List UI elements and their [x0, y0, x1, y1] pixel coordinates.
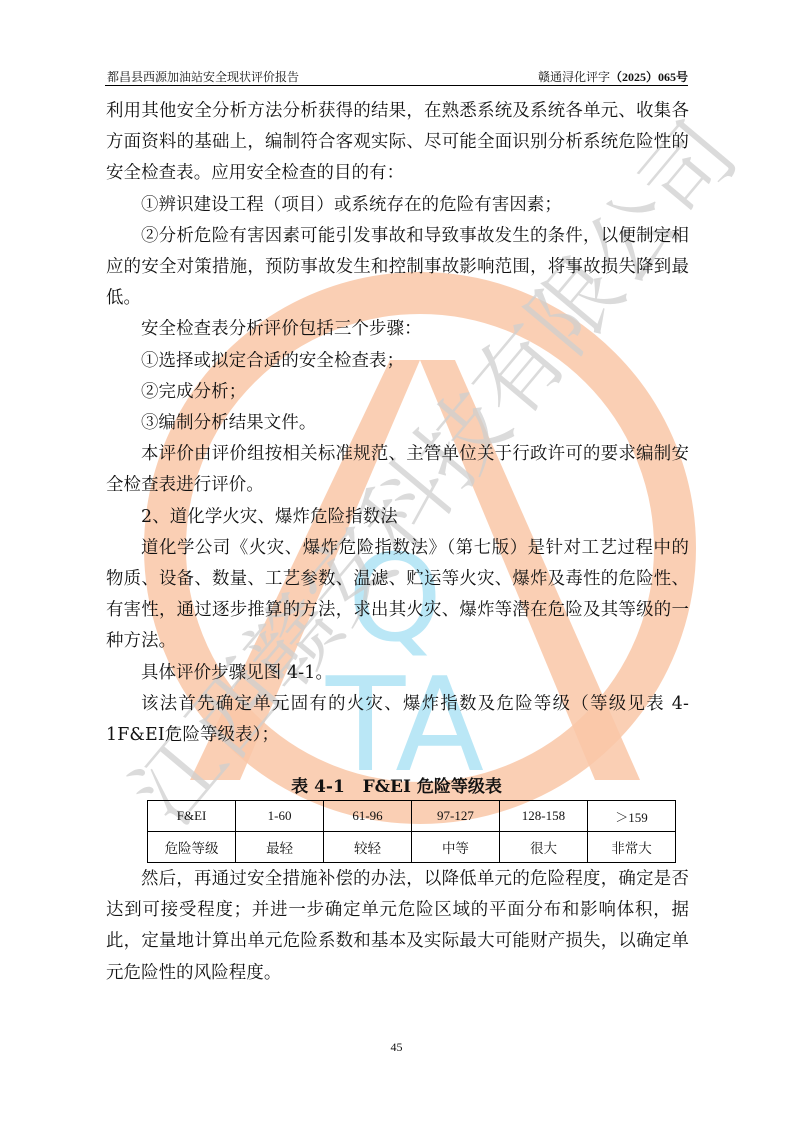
- paragraph: 具体评价步骤见图 4-1。: [106, 658, 689, 689]
- table-cell: F&EI: [148, 801, 236, 832]
- table-caption-title: F&EI 危险等级表: [363, 777, 502, 797]
- paragraph: ③编制分析结果文件。: [106, 408, 689, 439]
- table-row: F&EI 1-60 61-96 97-127 128-158 ＞159: [148, 801, 676, 832]
- document-number: 赣通浔化评字（2025）065号: [538, 68, 688, 85]
- doc-number-prefix: 赣通浔化评字: [538, 70, 610, 84]
- table-cell: 1-60: [236, 801, 324, 832]
- paragraph: ②完成分析；: [106, 377, 689, 408]
- paragraph: 该法首先确定单元固有的火灾、爆炸指数及危险等级（等级见表 4-1F&EI危险等级…: [106, 689, 689, 751]
- document-page: Q TA 江西赣安科技有限公司 都昌县西源加油站安全现状评价报告 赣通浔化评字（…: [0, 0, 793, 1122]
- paragraph: 安全检查表分析评价包括三个步骤：: [106, 314, 689, 345]
- paragraph: 道化学公司《火灾、爆炸危险指数法》（第七版）是针对工艺过程中的物质、设备、数量、…: [106, 533, 689, 658]
- fei-hazard-table: F&EI 1-60 61-96 97-127 128-158 ＞159 危险等级…: [147, 800, 676, 863]
- paragraph: ①辨识建设工程（项目）或系统存在的危险有害因素；: [106, 190, 689, 221]
- section-heading: 2、道化学火灾、爆炸危险指数法: [106, 502, 689, 533]
- table-cell: 最轻: [236, 832, 324, 863]
- table-cell: 很大: [499, 832, 587, 863]
- paragraph: 然后，再通过安全措施补偿的办法，以降低单元的危险程度，确定是否达到可接受程度；并…: [106, 864, 689, 989]
- table-cell: 中等: [411, 832, 499, 863]
- page-header: 都昌县西源加油站安全现状评价报告 赣通浔化评字（2025）065号: [105, 66, 688, 86]
- table-cell: ＞159: [587, 801, 675, 832]
- paragraph: ②分析危险有害因素可能引发事故和导致事故发生的条件，以便制定相应的安全对策措施，…: [106, 221, 689, 315]
- table-cell: 危险等级: [148, 832, 236, 863]
- table-cell: 97-127: [411, 801, 499, 832]
- paragraph: 利用其他安全分析方法分析获得的结果，在熟悉系统及系统各单元、收集各方面资料的基础…: [106, 96, 689, 190]
- table-cell: 128-158: [499, 801, 587, 832]
- table-caption-number: 表 4-1: [291, 777, 345, 797]
- table-cell: 61-96: [324, 801, 412, 832]
- doc-number-year: （2025）: [610, 70, 658, 84]
- table-cell: 非常大: [587, 832, 675, 863]
- paragraph: ①选择或拟定合适的安全检查表；: [106, 346, 689, 377]
- body-text: 利用其他安全分析方法分析获得的结果，在熟悉系统及系统各单元、收集各方面资料的基础…: [106, 96, 689, 751]
- page-number: 45: [0, 1040, 793, 1055]
- table-cell: 较轻: [324, 832, 412, 863]
- paragraph: 本评价由评价组按相关标准规范、主管单位关于行政许可的要求编制安全检查表进行评价。: [106, 439, 689, 501]
- doc-number-suffix: 065号: [658, 70, 688, 84]
- body-text-after-table: 然后，再通过安全措施补偿的办法，以降低单元的危险程度，确定是否达到可接受程度；并…: [106, 864, 689, 989]
- report-title: 都昌县西源加油站安全现状评价报告: [107, 68, 299, 85]
- table-row: 危险等级 最轻 较轻 中等 很大 非常大: [148, 832, 676, 863]
- table-caption: 表 4-1 F&EI 危险等级表: [0, 772, 793, 797]
